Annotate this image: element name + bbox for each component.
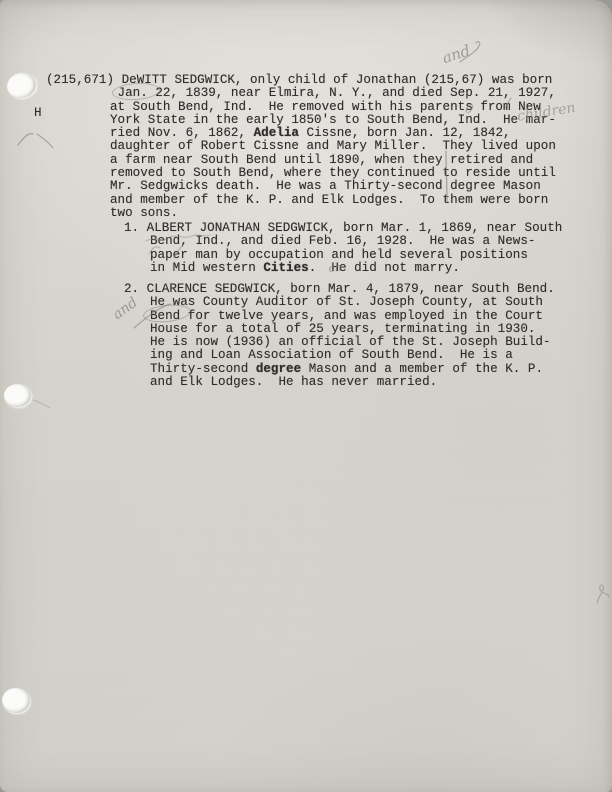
typed-line: and member of the K. P. and Elk Lodges. … [46, 194, 556, 207]
typed-line: a farm near South Bend until 1890, when … [46, 154, 556, 167]
typed-line: House for a total of 25 years, terminati… [124, 323, 555, 336]
typed-line: paper man by occupation and held several… [124, 249, 562, 262]
margin-letter: H [34, 107, 42, 120]
document-page: H (215,671) DeWITT SEDGWICK, only child … [0, 0, 612, 792]
pencil-squiggle-bottom [597, 585, 609, 603]
typed-line: He is now (1936) an official of the St. … [124, 336, 555, 349]
typed-line: daughter of Robert Cissne and Mary Mille… [46, 140, 556, 153]
typed-line: and Elk Lodges. He has never married. [124, 376, 555, 389]
typed-line: 2. CLARENCE SEDGWICK, born Mar. 4, 1879,… [124, 283, 555, 296]
punch-hole-bottom [0, 686, 31, 715]
child-entry-albert: 1. ALBERT JONATHAN SEDGWICK, born Mar. 1… [124, 222, 562, 275]
typed-line: Thirty-second degree Mason and a member … [124, 363, 555, 376]
typed-line: Mr. Sedgwicks death. He was a Thirty-sec… [46, 180, 556, 193]
typed-line: in Mid western Cities. He did not marry. [124, 262, 562, 275]
pencil-word-ch: ch [328, 261, 343, 275]
child-entry-clarence: 2. CLARENCE SEDGWICK, born Mar. 4, 1879,… [124, 283, 555, 389]
typed-line: 1. ALBERT JONATHAN SEDGWICK, born Mar. 1… [124, 222, 562, 235]
typed-line: two sons. [46, 207, 556, 220]
typed-line: ing and Loan Association of South Bend. … [124, 349, 555, 362]
pencil-caret-left [18, 134, 33, 145]
punch-hole-top [5, 70, 39, 100]
pencil-crease-hole [33, 400, 50, 408]
typed-line: ried Nov. 6, 1862, Adelia Cissne, born J… [46, 127, 556, 140]
typed-line: Bend, Ind., and died Feb. 16, 1928. He w… [124, 235, 562, 248]
typed-line: at South Bend, Ind. He removed with his … [46, 101, 556, 114]
punch-hole-middle [4, 384, 31, 407]
pencil-word-and-top: and [440, 41, 472, 67]
typed-line: removed to South Bend, where they contin… [46, 167, 556, 180]
